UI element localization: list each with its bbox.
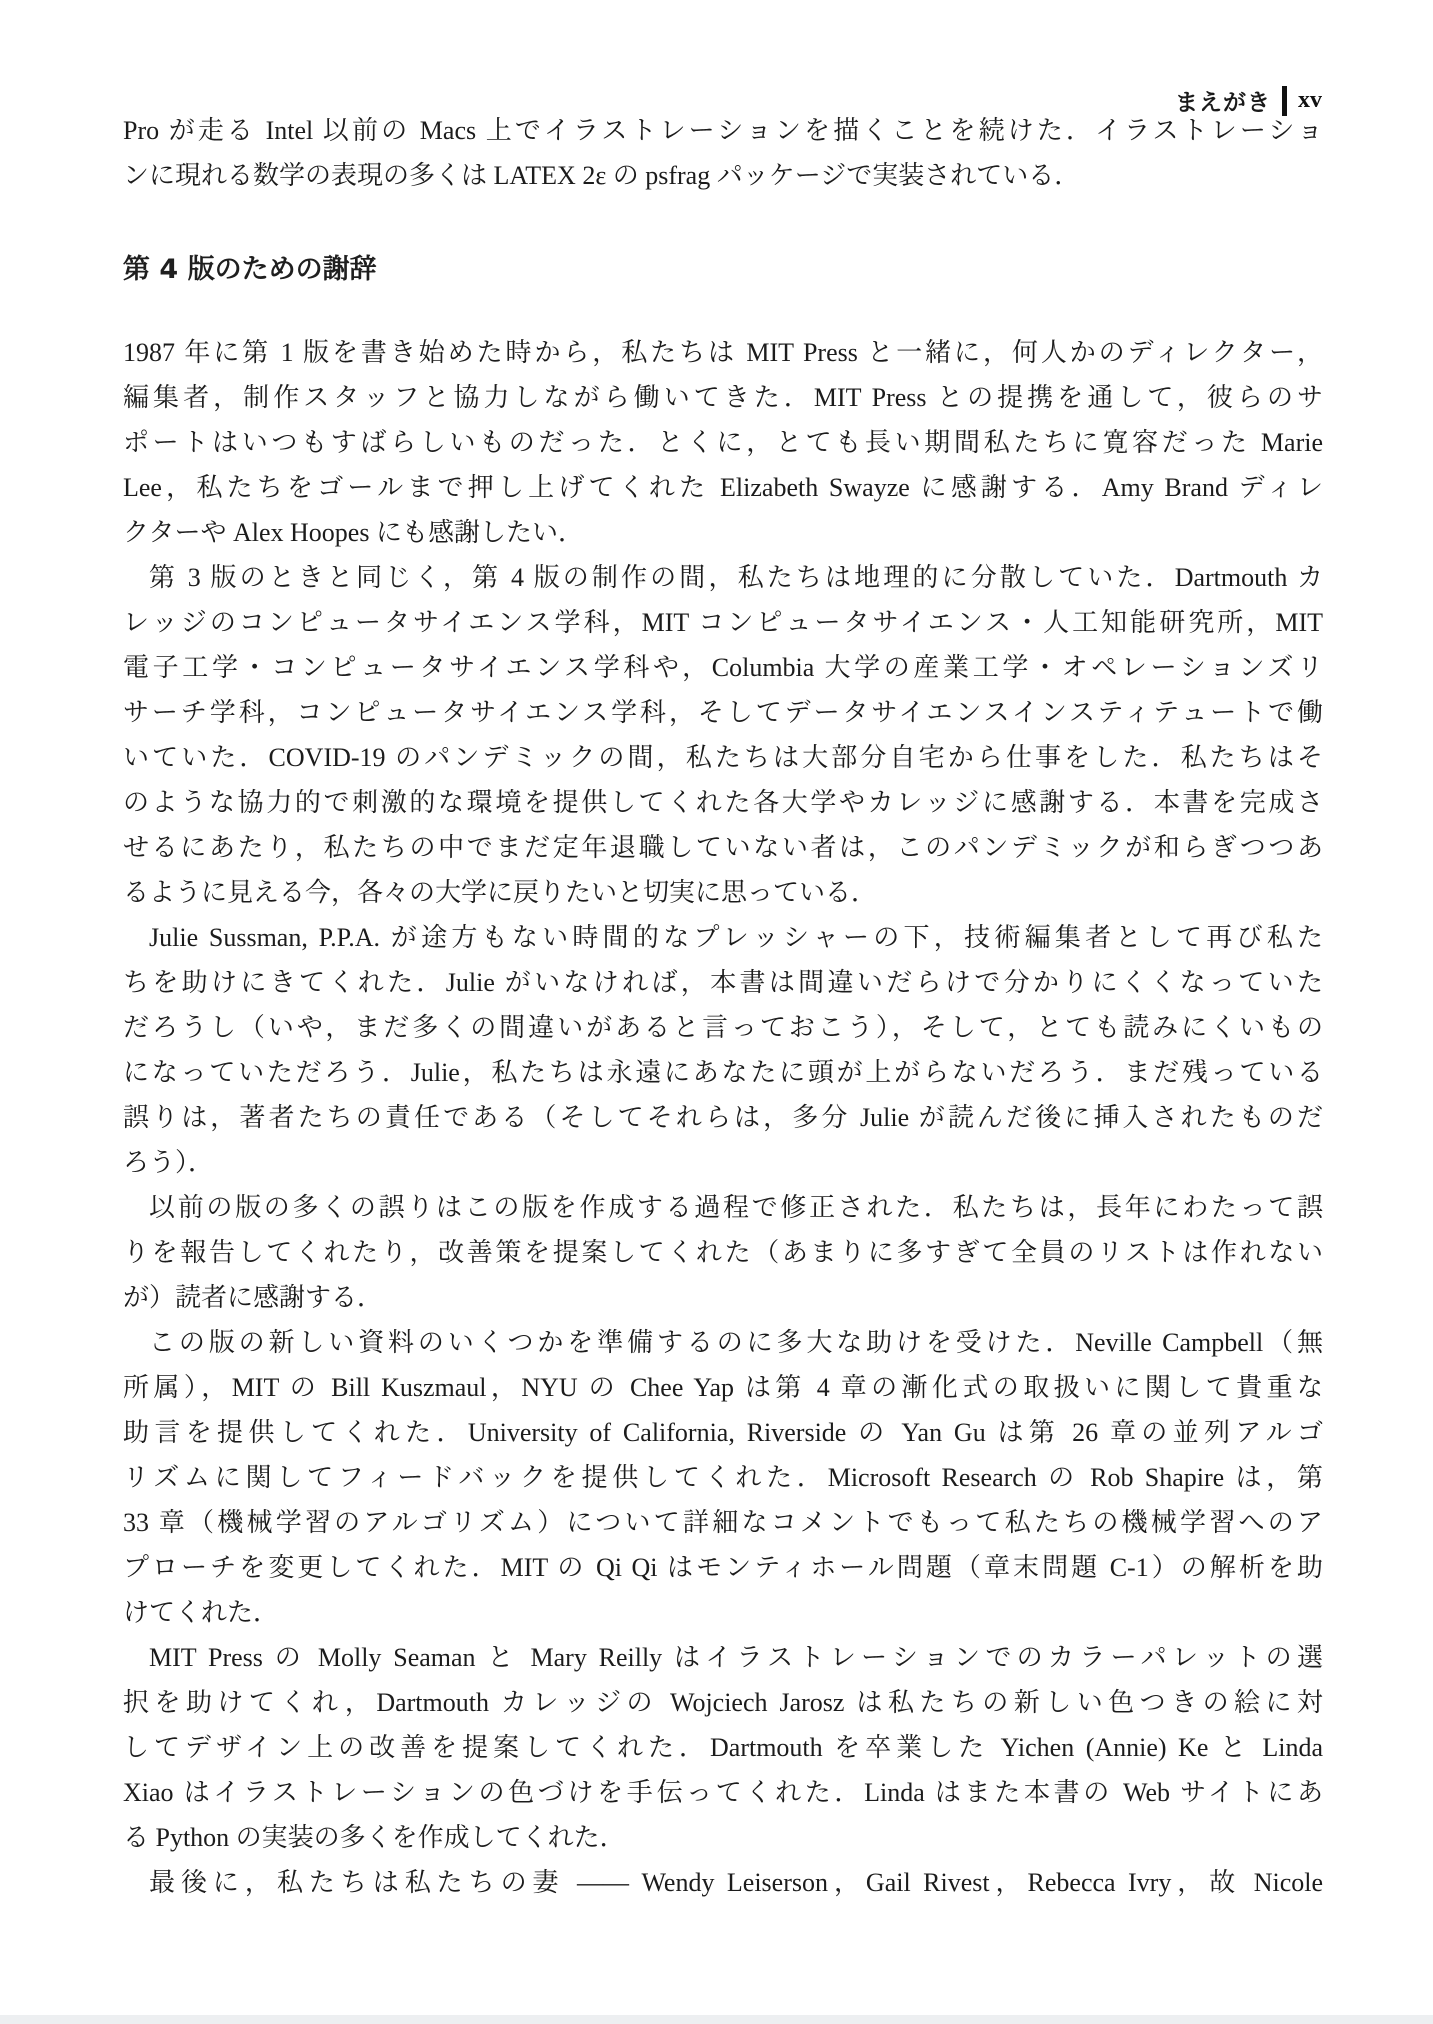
text-line: Xiao はイラストレーションの色づけを手伝ってくれた．Linda はまた本書の… xyxy=(123,1770,1323,1815)
paragraph: MIT Press の Molly Seaman と Mary Reilly は… xyxy=(123,1635,1323,1860)
text-line: 電子工学・コンピュータサイエンス学科や，Columbia 大学の産業工学・オペレ… xyxy=(123,645,1323,690)
text-line: 33 章（機械学習のアルゴリズム）について詳細なコメントでもって私たちの機械学習… xyxy=(123,1500,1323,1545)
text-line: 最後に，私たちは私たちの妻 —— Wendy Leiserson，Gail Ri… xyxy=(123,1860,1323,1905)
text-line: ポートはいつもすばらしいものだった．とくに，とても長い期間私たちに寛容だった M… xyxy=(123,420,1323,465)
text-line: ろう）． xyxy=(123,1140,1323,1185)
text-line: ちを助けにきてくれた．Julie がいなければ，本書は間違いだらけで分かりにくく… xyxy=(123,960,1323,1005)
paragraph: Pro が走る Intel 以前の Macs 上でイラストレーションを描くことを… xyxy=(123,108,1323,198)
text-line: りを報告してくれたり，改善策を提案してくれた（あまりに多すぎて全員のリストは作れ… xyxy=(123,1230,1323,1275)
text-line: になっていただろう．Julie，私たちは永遠にあなたに頭が上がらないだろう．まだ… xyxy=(123,1050,1323,1095)
text-line: が）読者に感謝する． xyxy=(123,1275,1323,1320)
text-line: Lee，私たちをゴールまで押し上げてくれた Elizabeth Swayze に… xyxy=(123,465,1323,510)
text-line: る Python の実装の多くを作成してくれた． xyxy=(123,1815,1323,1860)
paragraph: Julie Sussman, P.P.A. が途方もない時間的なプレッシャーの下… xyxy=(123,915,1323,1185)
paragraph: 第 3 版のときと同じく，第 4 版の制作の間，私たちは地理的に分散していた．D… xyxy=(123,555,1323,915)
text-line: のような協力的で刺激的な環境を提供してくれた各大学やカレッジに感謝する．本書を完… xyxy=(123,780,1323,825)
text-line: いていた．COVID-19 のパンデミックの間，私たちは大部分自宅から仕事をした… xyxy=(123,735,1323,780)
text-line: 所属），MIT の Bill Kuszmaul，NYU の Chee Yap は… xyxy=(123,1365,1323,1410)
text-line: この版の新しい資料のいくつかを準備するのに多大な助けを受けた．Neville C… xyxy=(123,1320,1323,1365)
text-line: レッジのコンピュータサイエンス学科，MIT コンピュータサイエンス・人工知能研究… xyxy=(123,600,1323,645)
book-page: まえがき xv Pro が走る Intel 以前の Macs 上でイラストレーシ… xyxy=(0,0,1433,2024)
text-line: MIT Press の Molly Seaman と Mary Reilly は… xyxy=(123,1635,1323,1680)
text-line: 1987 年に第 1 版を書き始めた時から，私たちは MIT Press と一緒… xyxy=(123,330,1323,375)
content-column: Pro が走る Intel 以前の Macs 上でイラストレーションを描くことを… xyxy=(123,108,1323,1905)
section-paragraphs-slot: 1987 年に第 1 版を書き始めた時から，私たちは MIT Press と一緒… xyxy=(123,330,1323,1905)
text-line: ンに現れる数学の表現の多くは LATEX 2ε の psfrag パッケージで実… xyxy=(123,153,1323,198)
lead-paragraph-slot: Pro が走る Intel 以前の Macs 上でイラストレーションを描くことを… xyxy=(123,108,1323,198)
paragraph: 1987 年に第 1 版を書き始めた時から，私たちは MIT Press と一緒… xyxy=(123,330,1323,555)
text-line: るように見える今，各々の大学に戻りたいと切実に思っている． xyxy=(123,870,1323,915)
text-line: けてくれた． xyxy=(123,1590,1323,1635)
text-line: リズムに関してフィードバックを提供してくれた．Microsoft Researc… xyxy=(123,1455,1323,1500)
text-line: サーチ学科，コンピュータサイエンス学科，そしてデータサイエンスインスティテュート… xyxy=(123,690,1323,735)
text-line: クターや Alex Hoopes にも感謝したい． xyxy=(123,510,1323,555)
text-line: 択を助けてくれ，Dartmouth カレッジの Wojciech Jarosz … xyxy=(123,1680,1323,1725)
paragraph: この版の新しい資料のいくつかを準備するのに多大な助けを受けた．Neville C… xyxy=(123,1320,1323,1635)
text-line: 助言を提供してくれた．University of California, Riv… xyxy=(123,1410,1323,1455)
text-line: せるにあたり，私たちの中でまだ定年退職していない者は，このパンデミックが和らぎつ… xyxy=(123,825,1323,870)
text-line: 以前の版の多くの誤りはこの版を作成する過程で修正された．私たちは，長年にわたって… xyxy=(123,1185,1323,1230)
text-line: プローチを変更してくれた．MIT の Qi Qi はモンティホール問題（章末問題… xyxy=(123,1545,1323,1590)
text-line: 誤りは，著者たちの責任である（そしてそれらは，多分 Julie が読んだ後に挿入… xyxy=(123,1095,1323,1140)
text-line: Pro が走る Intel 以前の Macs 上でイラストレーションを描くことを… xyxy=(123,108,1323,153)
page-bottom-edge xyxy=(0,2015,1433,2024)
section-heading: 第 4 版のための謝辞 xyxy=(123,250,1323,290)
text-line: 第 3 版のときと同じく，第 4 版の制作の間，私たちは地理的に分散していた．D… xyxy=(123,555,1323,600)
paragraph: 以前の版の多くの誤りはこの版を作成する過程で修正された．私たちは，長年にわたって… xyxy=(123,1185,1323,1320)
text-line: Julie Sussman, P.P.A. が途方もない時間的なプレッシャーの下… xyxy=(123,915,1323,960)
paragraph: 最後に，私たちは私たちの妻 —— Wendy Leiserson，Gail Ri… xyxy=(123,1860,1323,1905)
text-line: 編集者，制作スタッフと協力しながら働いてきた．MIT Press との提携を通し… xyxy=(123,375,1323,420)
text-line: だろうし（いや，まだ多くの間違いがあると言っておこう），そして，とても読みにくい… xyxy=(123,1005,1323,1050)
text-line: してデザイン上の改善を提案してくれた．Dartmouth を卒業した Yiche… xyxy=(123,1725,1323,1770)
